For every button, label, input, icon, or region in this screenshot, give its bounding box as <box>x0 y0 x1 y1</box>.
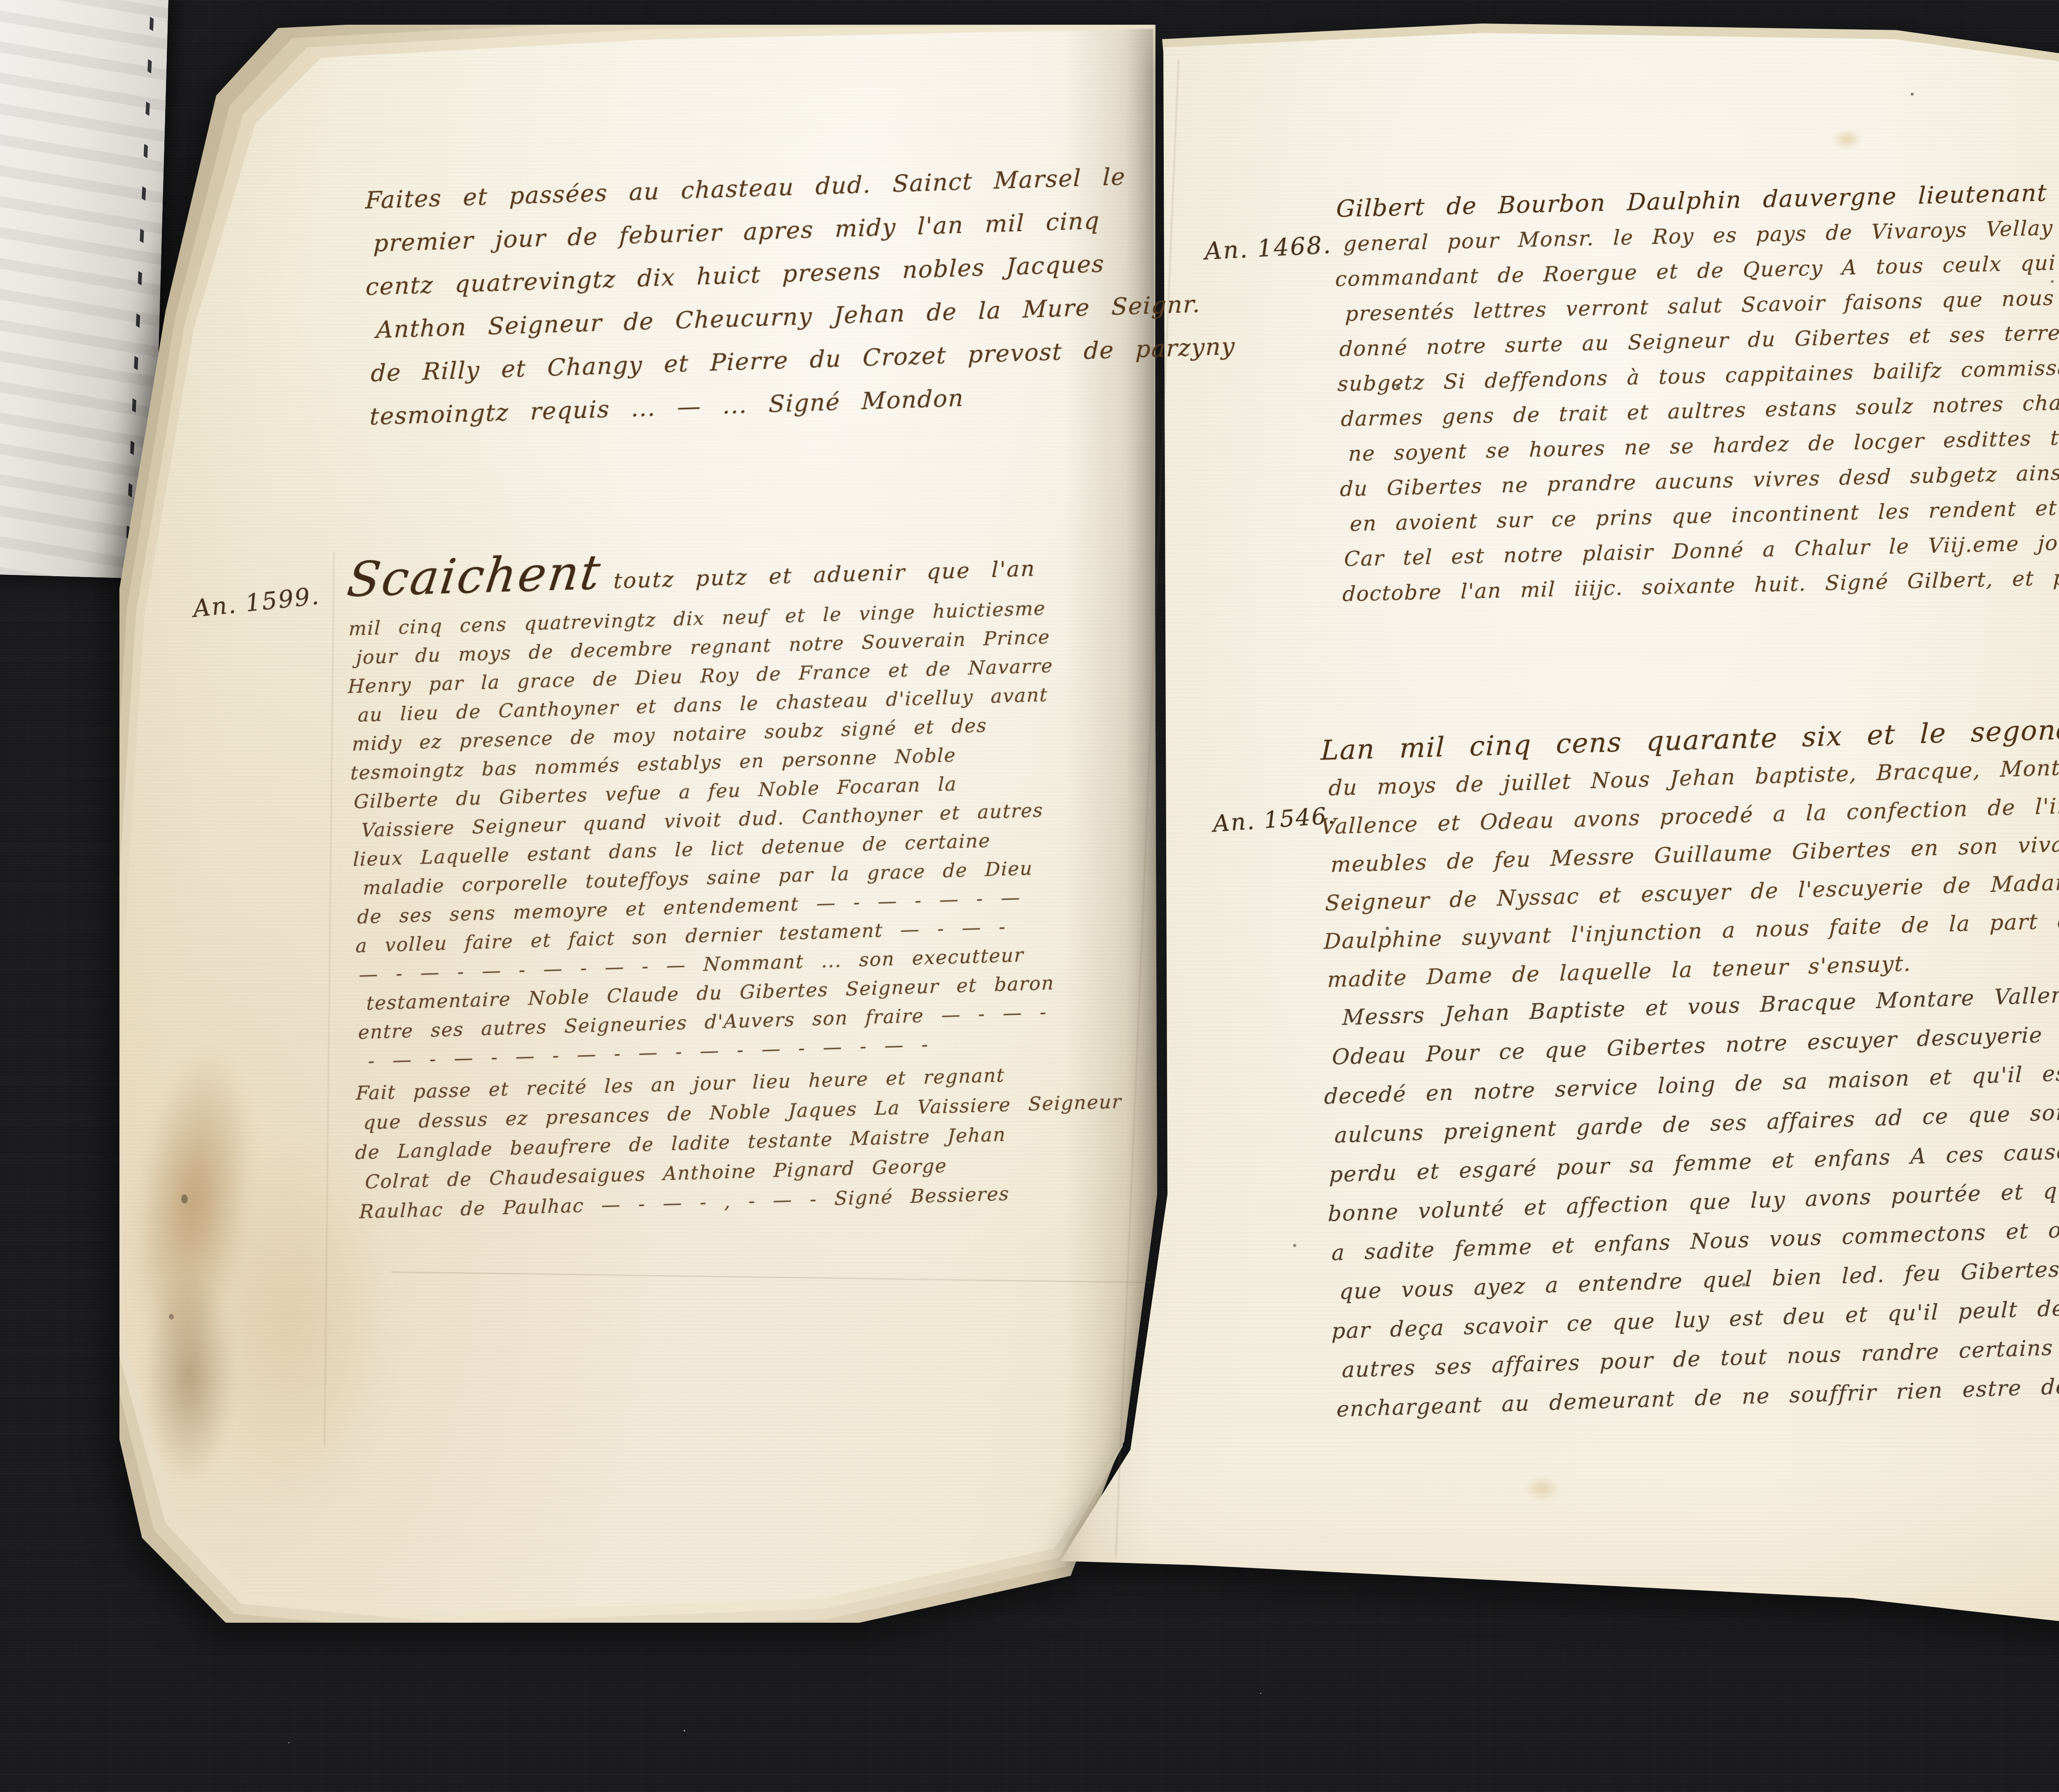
ink-speck <box>181 1194 188 1203</box>
entry-1598-block: Faites et passées au chasteau dud. Sainc… <box>365 152 1237 439</box>
entry-commission-block: Messrs Jehan Baptiste et vous Bracque Mo… <box>1324 970 2059 1430</box>
opening-word: Scaichent <box>346 558 603 595</box>
foxing-spot <box>1833 130 1861 149</box>
entry-1599-closing-block: Fait passe et recité les an jour lieu he… <box>355 1057 1125 1227</box>
ink-speck <box>1911 93 1914 96</box>
dust-speck <box>1260 1693 1261 1694</box>
ink-speck <box>169 1314 174 1320</box>
foxing-spot <box>1524 1477 1561 1501</box>
entry-1546-block: Lan mil cinq cens quarante six et le seg… <box>1320 706 2059 999</box>
entry-1468-block: Gilbert de Bourbon Daulphin dauvergne li… <box>1336 171 2059 612</box>
opening-rest: toutz putz et aduenir que l'an <box>613 554 1036 596</box>
entry-1599-block: Scaichent toutz putz et aduenir que l'an… <box>347 545 1065 1075</box>
entry-1599-lines: mil cinq cens quatrevingtz dix neuf et l… <box>348 593 1065 1075</box>
dust-speck <box>684 1730 685 1731</box>
dust-speck <box>288 1742 289 1743</box>
ink-speck <box>1293 1244 1296 1247</box>
